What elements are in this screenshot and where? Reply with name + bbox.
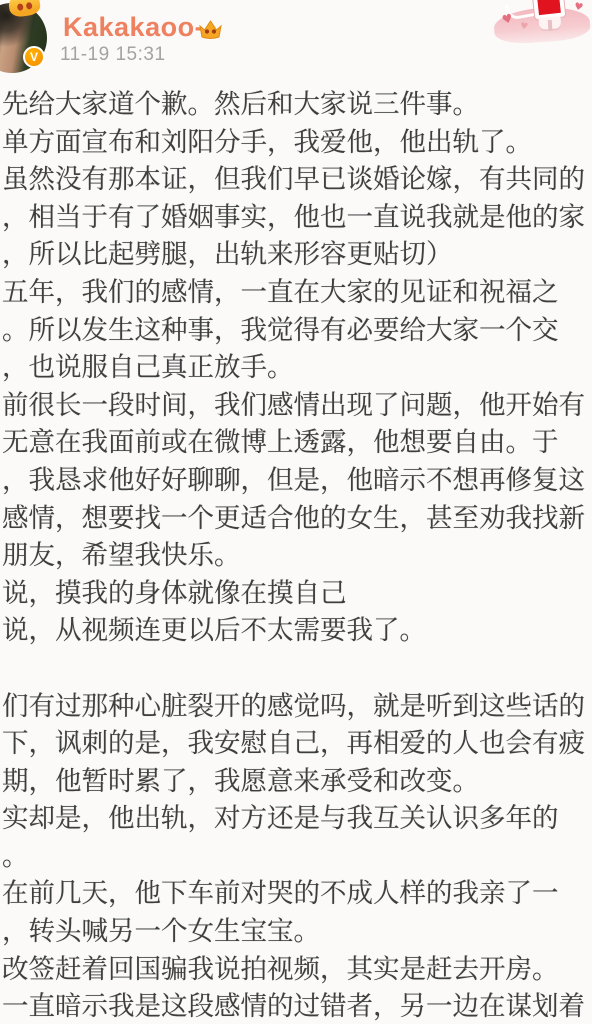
post-line: 朋友，希望我快乐。 (2, 537, 592, 575)
crown-jewel-icon (26, 2, 33, 10)
post-line: 前很长一段时间，我们感情出现了问题，他开始有 (2, 387, 592, 425)
post-line: ，转头喊另一个女生宝宝。 (2, 913, 592, 951)
post-line: 在前几天，他下车前对哭的不成人样的我亲了一 (2, 875, 592, 913)
post-line: 无意在我面前或在微博上透露，他想要自由。于 (2, 424, 592, 462)
post-line: 说，摸我的身体就像在摸自己 (2, 575, 592, 613)
membership-crown-icon (198, 18, 223, 41)
post-line: 感情，想要找一个更适合他的女生，甚至劝我找新 (2, 500, 592, 538)
post-line: 下，讽刺的是，我安慰自己，再相爱的人也会有疲 (2, 725, 592, 763)
verified-v-badge-icon: V (23, 46, 45, 68)
post-body: 先给大家道个歉。然后和大家说三件事。单方面宣布和刘阳分手，我爱他，他出轨了。虽然… (2, 86, 592, 1024)
post-timestamp: 11-19 15:31 (60, 44, 166, 66)
post-line: 一直暗示我是这段感情的过错者，另一边在谋划着 (2, 988, 592, 1024)
post-line: ，我恳求他好好聊聊，但是，他暗示不想再修复这 (2, 462, 592, 500)
post-line: 。 (2, 838, 592, 876)
post-line: 。所以发生这种事，我觉得有必要给大家一个交 (2, 312, 592, 350)
post-line: 说，从视频连更以后不太需要我了。 (2, 612, 592, 650)
username[interactable]: Kakakaoo- (63, 12, 204, 43)
corner-sticker-icon: ♥ ♥ ♥ (492, 0, 592, 42)
post-line: 期，他暂时累了，我愿意来承受和改变。 (2, 763, 592, 801)
post-line: 们有过那种心脏裂开的感觉吗，就是听到这些话的 (2, 688, 592, 726)
post-line: 虽然没有那本证，但我们早已谈婚论嫁，有共同的 (2, 161, 592, 199)
post-line (2, 650, 592, 688)
sticker-white-legs (539, 16, 562, 32)
post-line: ，也说服自己真正放手。 (2, 349, 592, 387)
post-line: 先给大家道个歉。然后和大家说三件事。 (2, 86, 592, 124)
heart-icon: ♥ (573, 1, 584, 14)
post-line: 单方面宣布和刘阳分手，我爱他，他出轨了。 (2, 124, 592, 162)
post-line: 五年，我们的感情，一直在大家的见证和祝福之 (2, 274, 592, 312)
post-line: 改签赶着回国骗我说拍视频，其实是赶去开房。 (2, 951, 592, 989)
heart-icon: ♥ (519, 21, 528, 32)
post-line: ，相当于有了婚姻事实，他也一直说我就是他的家 (2, 199, 592, 237)
post-line: ，所以比起劈腿，出轨来形容更贴切） (2, 236, 592, 274)
post-line: 实却是，他出轨，对方还是与我互关认识多年的 (2, 800, 592, 838)
weibo-post-screenshot: V Kakakaoo- 11-19 15:31 ♥ ♥ ♥ 先给大家道个歉。然后… (0, 0, 592, 1024)
crown-jewel-icon (17, 3, 24, 11)
